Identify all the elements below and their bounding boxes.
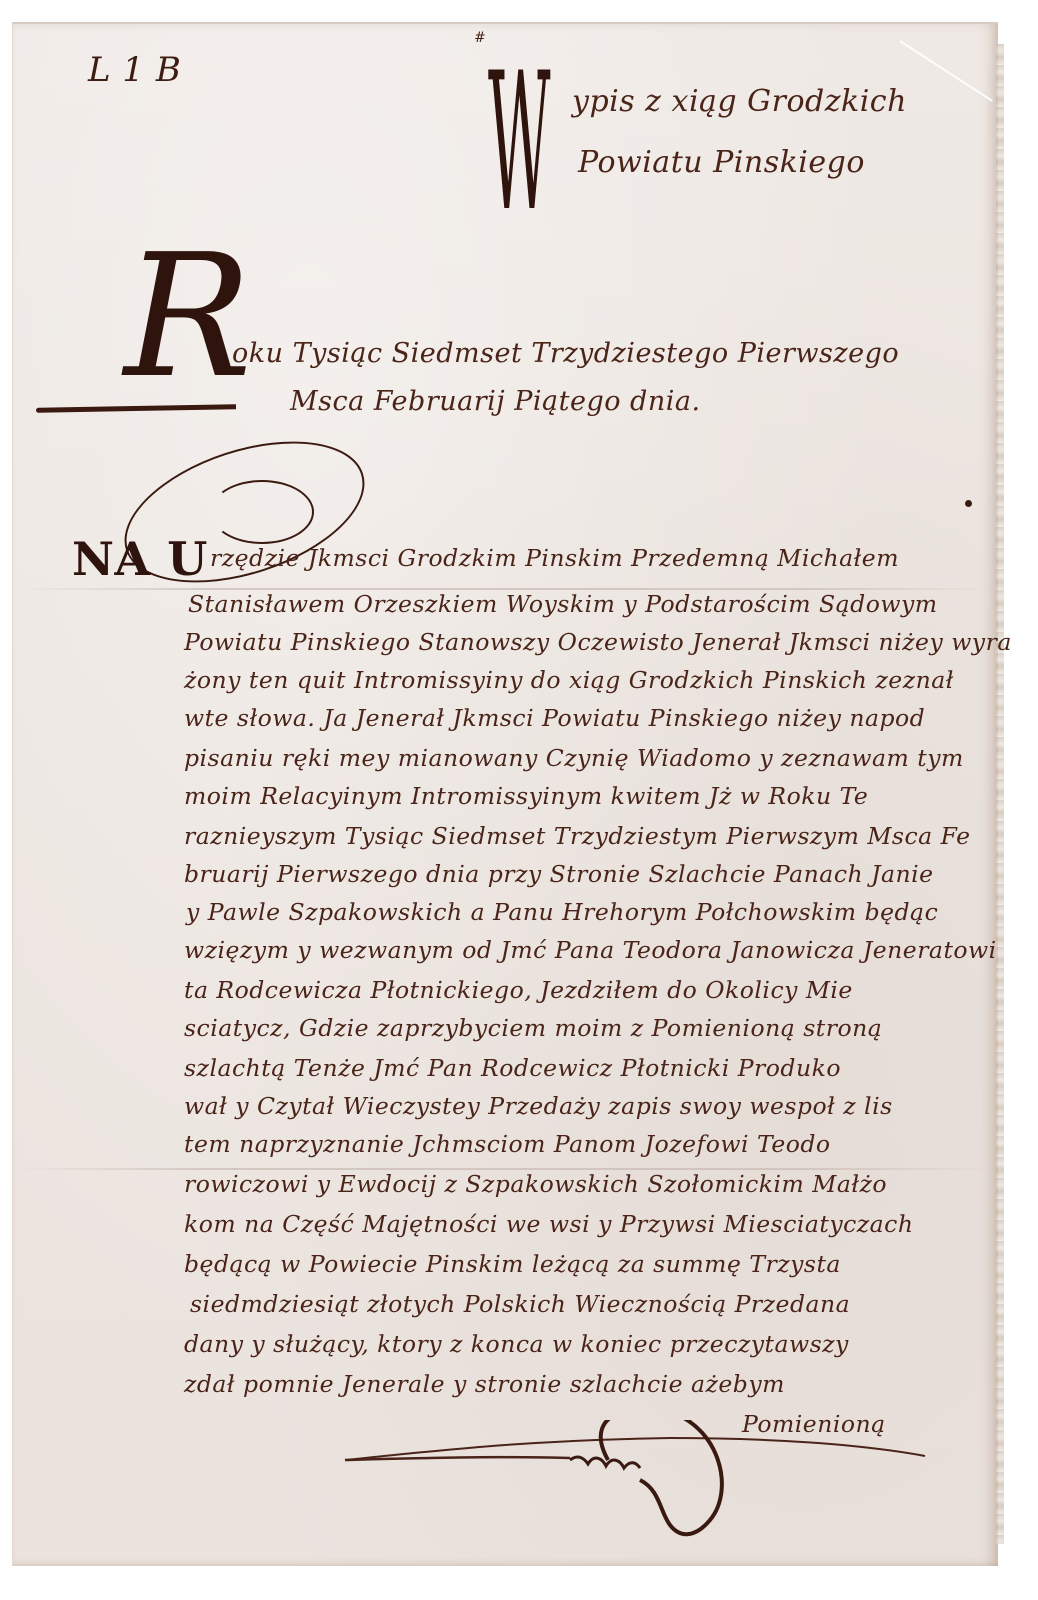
body-line: zdał pomnie Jenerale y stronie szlachcie… <box>184 1370 785 1398</box>
body-line: żony ten quit Intromissyiny do xiąg Grod… <box>184 666 954 694</box>
signature-icon <box>340 1420 940 1550</box>
body-line: szlachtą Tenże Jmć Pan Rodcewicz Płotnic… <box>184 1054 841 1082</box>
body-line: rzędzie Jkmsci Grodzkim Pinskim Przedemn… <box>210 544 899 572</box>
body-line: ta Rodcewicza Płotnickiego, Jezdziłem do… <box>184 976 853 1004</box>
body-line: rowiczowi y Ewdocij z Szpakowskich Szoło… <box>184 1170 887 1198</box>
folio-mark: L 1 B <box>88 50 181 90</box>
body-initials: NA U <box>72 532 208 586</box>
body-line: bruarij Pierwszego dnia przy Stronie Szl… <box>184 860 934 888</box>
body-line: będącą w Powiecie Pinskim leżącą za summ… <box>184 1250 841 1278</box>
body-line: Stanisławem Orzeszkiem Woyskim y Podstar… <box>188 590 938 618</box>
body-line: wał y Czytał Wieczystey Przedaży zapis s… <box>184 1092 893 1120</box>
top-mark: # <box>474 30 486 46</box>
body-line: pisaniu ręki mey mianowany Czynię Wiadom… <box>184 744 964 772</box>
body-line: wzięzym y wezwanym od Jmć Pana Teodora J… <box>184 936 997 964</box>
heading-line-2: Powiatu Pinskiego <box>578 145 865 180</box>
body-line: moim Relacyinym Intromissyinym kwitem Jż… <box>184 782 868 810</box>
body-line: y Pawle Szpakowskich a Panu Hrehorym Poł… <box>186 898 938 926</box>
body-line: dany y służący, ktory z konca w koniec p… <box>184 1330 849 1358</box>
ink-dot <box>965 500 972 507</box>
body-line: Powiatu Pinskiego Stanowszy Oczewisto Je… <box>184 628 1012 656</box>
date-initial: R <box>124 232 253 402</box>
date-line-1: oku Tysiąc Siedmset Trzydziestego Pierws… <box>232 338 899 369</box>
heading-initial: W <box>488 58 551 228</box>
body-line: raznieyszym Tysiąc Siedmset Trzydziestym… <box>184 822 971 850</box>
body-line: sciatycz, Gdzie zaprzybyciem moim z Pomi… <box>184 1014 882 1042</box>
body-line: wte słowa. Ja Jenerał Jkmsci Powiatu Pin… <box>184 704 925 732</box>
body-line: tem naprzyznanie Jchmsciom Panom Jozefow… <box>184 1130 831 1158</box>
body-line: siedmdziesiąt złotych Polskich Wiecznośc… <box>190 1290 850 1318</box>
initial-flourish-inner <box>210 480 314 544</box>
date-line-2: Msca Februarij Piątego dnia. <box>290 386 701 417</box>
heading-line-1: ypis z xiąg Grodzkich <box>572 84 907 119</box>
body-line: kom na Część Majętności we wsi y Przywsi… <box>184 1210 913 1238</box>
